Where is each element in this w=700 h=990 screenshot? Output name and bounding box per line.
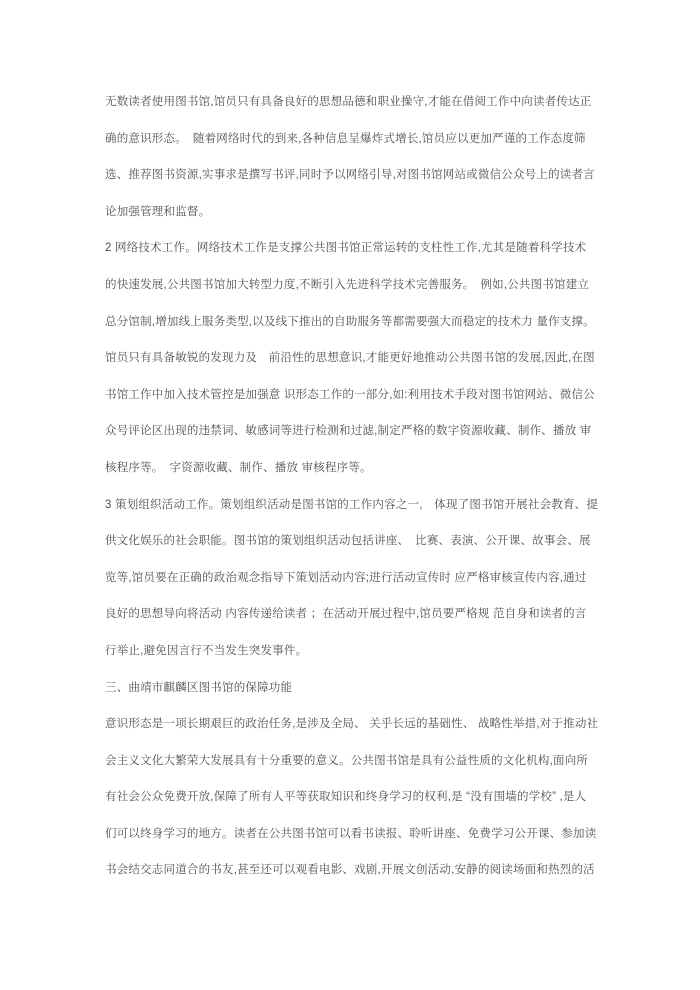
- text-line: 有社会公众免费开放,保障了所有人平等获取知识和终身学习的权利,是 “没有围墙的学…: [105, 779, 605, 816]
- text-line: 确的意识形态。 随着网络时代的到来,各种信息呈爆炸式增长,馆员应以更加严谨的工作…: [105, 121, 605, 158]
- paragraph-3: 3 策划组织活动工作。策划组织活动是图书馆的工作内容之一, 体现了图书馆开展社会…: [105, 487, 605, 670]
- text-line: 核程序等。 字资源收藏、制作、播放 审核程序等。: [105, 450, 605, 487]
- text-line: 们可以终身学习的地方。读者在公共图书馆可以看书读报、聆听讲座、免费学习公开课、参…: [105, 816, 605, 853]
- heading-line: 三、曲靖市麒麟区图书馆的保障功能: [105, 670, 605, 707]
- paragraph-2: 2 网络技术工作。网络技术工作是支撑公共图书馆正常运转的支柱性工作,尤其是随着科…: [105, 230, 605, 486]
- text-line: 意识形态是一项长期艰巨的政治任务,是涉及全局、 关乎长远的基础性、 战略性举措,…: [105, 706, 605, 743]
- text-line: 论加强管理和监督。: [105, 194, 605, 231]
- text-line: 无数读者使用图书馆,馆员只有具备良好的思想品德和职业操守,才能在借阅工作中向读者…: [105, 84, 605, 121]
- text-line: 的快速发展,公共图书馆加大转型力度,不断引入先进科学技术完善服务。 例如,公共图…: [105, 267, 605, 304]
- text-line: 供文化娱乐的社会职能。图书馆的策划组织活动包括讲座、 比赛、表演、公开课、故事会…: [105, 523, 605, 560]
- text-line: 总分馆制,增加线上服务类型,以及线下推出的自助服务等都需要强大而稳定的技术力 量…: [105, 304, 605, 341]
- text-line: 3 策划组织活动工作。策划组织活动是图书馆的工作内容之一, 体现了图书馆开展社会…: [105, 487, 605, 524]
- text-line: 行举止,避免因言行不当发生突发事件。: [105, 633, 605, 670]
- text-line: 会主义文化大繁荣大发展具有十分重要的意义。公共图书馆是具有公益性质的文化机构,面…: [105, 743, 605, 780]
- section-heading: 三、曲靖市麒麟区图书馆的保障功能: [105, 670, 605, 707]
- text-line: 馆员只有具备敏锐的发现力及 前沿性的思想意识,才能更好地推动公共图书馆的发展,因…: [105, 340, 605, 377]
- paragraph-4: 意识形态是一项长期艰巨的政治任务,是涉及全局、 关乎长远的基础性、 战略性举措,…: [105, 706, 605, 889]
- text-line: 书馆工作中加入技术管控是加强意 识形态工作的一部分,如:利用技术手段对图书馆网站…: [105, 377, 605, 414]
- text-line: 良好的思想导向将活动 内容传递给读者 ；在活动开展过程中,馆员要严格规 范自身和…: [105, 596, 605, 633]
- paragraph-1: 无数读者使用图书馆,馆员只有具备良好的思想品德和职业操守,才能在借阅工作中向读者…: [105, 84, 605, 230]
- text-line: 众号评论区出现的违禁词、敏感词等进行检测和过滤,制定严格的数字资源收藏、制作、播…: [105, 413, 605, 450]
- text-line: 书会结交志同道合的书友,甚至还可以观看电影、戏剧,开展文创活动,安静的阅读场面和…: [105, 852, 605, 889]
- text-line: 览等,馆员要在正确的政治观念指导下策划活动内容;进行活动宣传时 应严格审核宣传内…: [105, 560, 605, 597]
- text-line: 2 网络技术工作。网络技术工作是支撑公共图书馆正常运转的支柱性工作,尤其是随着科…: [105, 230, 605, 267]
- text-line: 选、推荐图书资源,实事求是撰写书评,同时予以网络引导,对图书馆网站或微信公众号上…: [105, 157, 605, 194]
- document-page: 无数读者使用图书馆,馆员只有具备良好的思想品德和职业操守,才能在借阅工作中向读者…: [0, 0, 700, 990]
- document-text-block: 无数读者使用图书馆,馆员只有具备良好的思想品德和职业操守,才能在借阅工作中向读者…: [105, 84, 605, 889]
